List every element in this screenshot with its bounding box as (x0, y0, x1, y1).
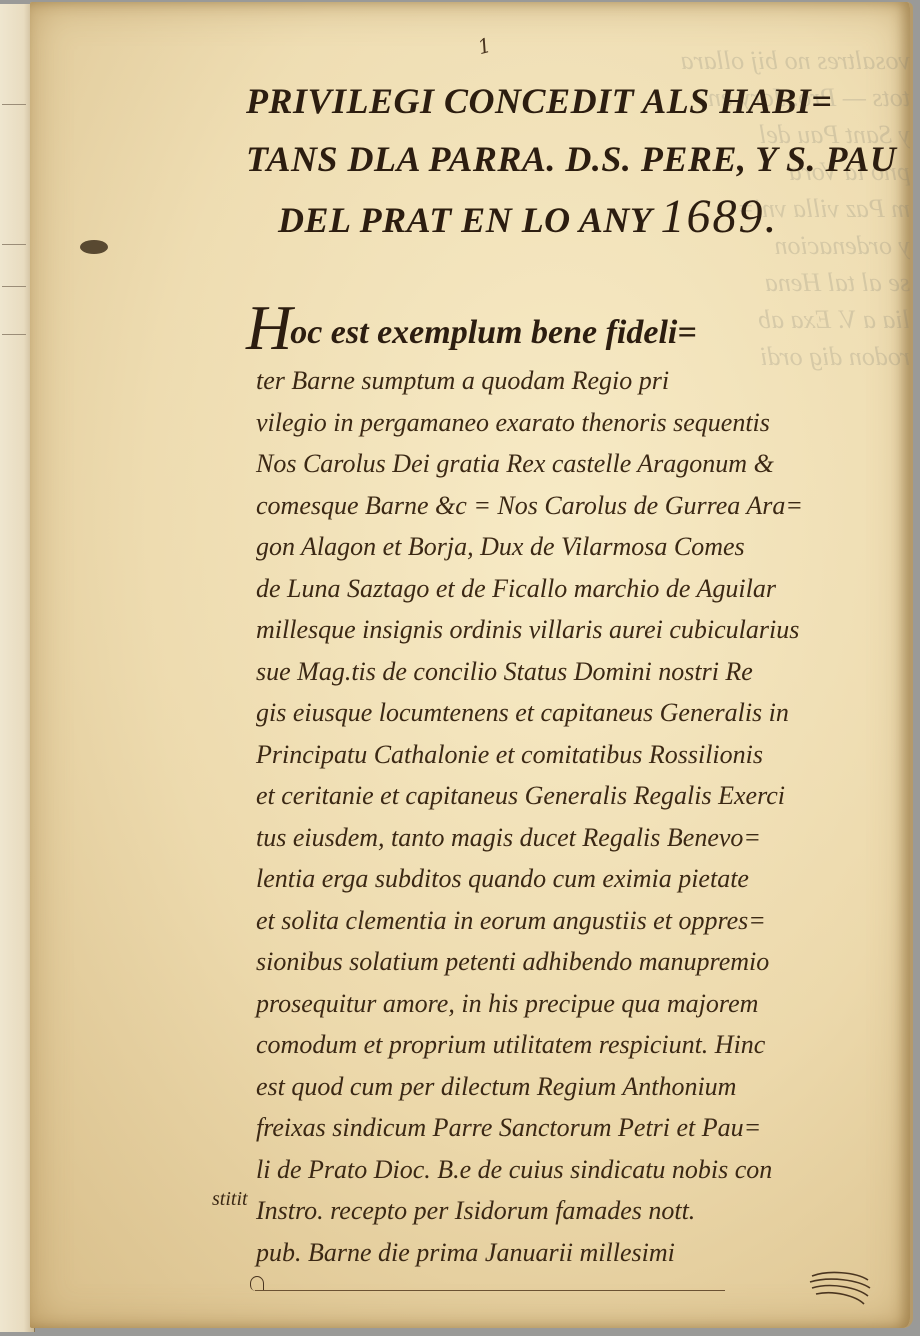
opening-text: oc est exemplum bene fideli= (290, 314, 697, 351)
body-line: de Luna Saztago et de Ficallo marchio de… (256, 568, 896, 610)
title-line-1: Privilegi concedit als habi= (246, 72, 906, 130)
body-line: gon Alagon et Borja, Dux de Vilarmosa Co… (256, 526, 896, 568)
catchword-hook (250, 1276, 264, 1291)
body-line: prosequitur amore, in his precipue qua m… (256, 983, 896, 1025)
ruled-line (255, 1290, 725, 1291)
body-line: sionibus solatium petenti adhibendo manu… (256, 941, 896, 983)
body-line: Instro. recepto per Isidorum famades not… (256, 1190, 896, 1232)
title-line-3: del Prat en lo any 1689. (246, 188, 906, 249)
body-line: Principatu Cathalonie et comitatibus Ros… (256, 734, 896, 776)
margin-note: stitit (212, 1188, 248, 1211)
document-title: Privilegi concedit als habi= tans dla Pa… (246, 72, 906, 249)
manuscript-body: ter Barne sumptum a quodam Regio pri vil… (256, 360, 896, 1273)
body-line: ter Barne sumptum a quodam Regio pri (256, 360, 896, 402)
flourish-icon (808, 1268, 872, 1308)
body-line: et ceritanie et capitaneus Generalis Reg… (256, 775, 896, 817)
body-line: Nos Carolus Dei gratia Rex castelle Arag… (256, 443, 896, 485)
body-line: lentia erga subditos quando cum eximia p… (256, 858, 896, 900)
opening-line: Hoc est exemplum bene fideli= (246, 298, 906, 363)
body-line: vilegio in pergamaneo exarato thenoris s… (256, 402, 896, 444)
body-line: millesque insignis ordinis villaris aure… (256, 609, 896, 651)
body-line: pub. Barne die prima Januarii millesimi (256, 1232, 896, 1274)
body-line: freixas sindicum Parre Sanctorum Petri e… (256, 1107, 896, 1149)
body-line: tus eiusdem, tanto magis ducet Regalis B… (256, 817, 896, 859)
title-line-2: tans dla Parra. d.S. Pere, y S. Pau (246, 130, 906, 188)
body-line: comodum et proprium utilitatem respiciun… (256, 1024, 896, 1066)
title-year: 1689. (661, 190, 779, 243)
body-line: est quod cum per dilectum Regium Anthoni… (256, 1066, 896, 1108)
initial-capital: H (246, 292, 292, 363)
title-line-3-text: del Prat en lo any (278, 200, 651, 240)
body-line: li de Prato Dioc. B.e de cuius sindicatu… (256, 1149, 896, 1191)
body-line: sue Mag.tis de concilio Status Domini no… (256, 651, 896, 693)
body-line: comesque Barne &c = Nos Carolus de Gurre… (256, 485, 896, 527)
body-line: gis eiusque locumtenens et capitaneus Ge… (256, 692, 896, 734)
ink-blot (80, 240, 108, 254)
body-line: et solita clementia in eorum angustiis e… (256, 900, 896, 942)
